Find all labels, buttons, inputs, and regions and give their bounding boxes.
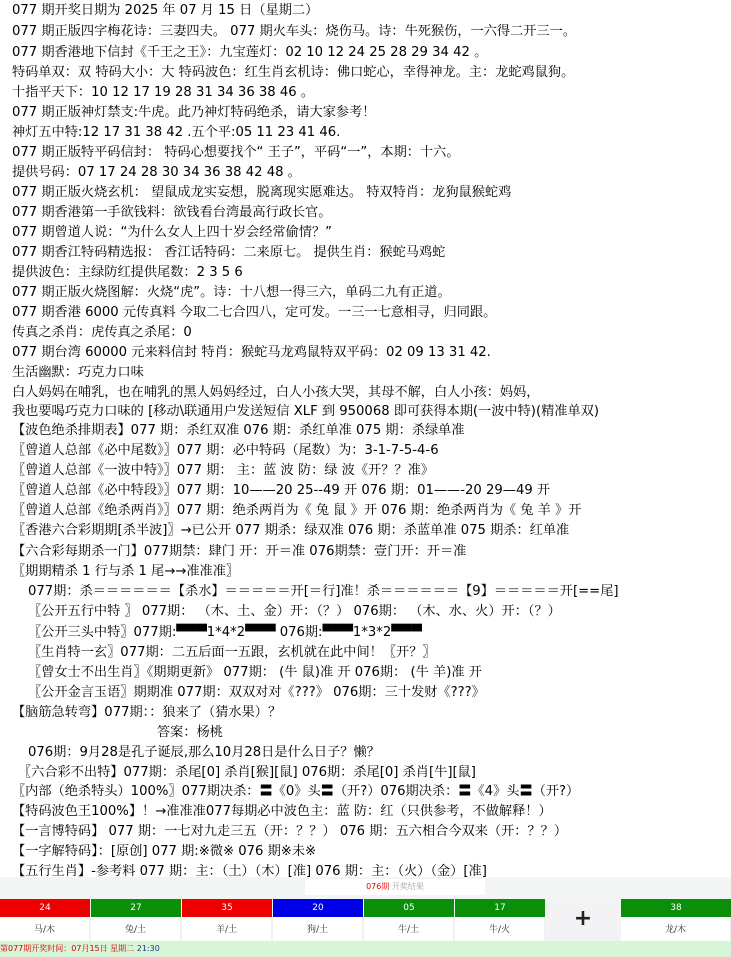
result-title-suffix: 开奖结果 <box>389 882 424 891</box>
text-line: 神灯五中特:12 17 31 38 42 .五个平:05 11 23 41 46… <box>12 122 340 143</box>
text-line: 〖曾道人总部《一波中特》〗077 期： 主：蓝 波 防：绿 波《开？？准》 <box>12 460 434 481</box>
text-line: 077 期曾道人说：“为什么女人上四十岁会经常偷情？” <box>12 222 332 243</box>
text-line: 077 期正版四字梅花诗：三妻四夫。 077 期火车头：烧伤马。诗：牛死猴伤，一… <box>12 21 576 42</box>
text-line: 077 期正版火烧玄机： 望鼠成龙实妄想，脱离现实愿难达。 特双特肖：龙狗鼠猴蛇… <box>12 182 511 203</box>
text-line: 077 期香港第一手欲钱料：欲钱看台湾最高行政长官。 <box>12 202 332 223</box>
ball-zodiac: 兔/土 <box>91 917 181 944</box>
ball-number: 35 <box>182 899 272 917</box>
text-line: 【一字解特码】：[原创] 077 期:※微※ 076 期※未※ <box>12 841 316 862</box>
text-line: 077 期台湾 60000 元来料信封 特肖：猴蛇马龙鸡鼠特双平码：02 09 … <box>12 342 491 363</box>
text-line: 077 期香港地下信封《千王之王》：九宝莲灯：02 10 12 24 25 28… <box>12 42 487 63</box>
text-line: 〖香港六合彩期期[杀半波]〗→已公开 077 期杀：绿双准 076 期：杀蓝单准… <box>12 520 569 541</box>
text-line: 〖内部（绝杀特头）100%〗077期决杀：〓《0》头〓（开?）076期决杀：〓《… <box>12 781 579 802</box>
ball-number: 24 <box>0 899 90 917</box>
result-ball: 17牛/火 <box>455 899 545 944</box>
ball-number: 38 <box>621 899 731 917</box>
text-line: 077 期开奖日期为 2025 年 07 月 15 日（星期二） <box>12 0 318 21</box>
ball-zodiac: 羊/土 <box>182 917 272 944</box>
text-line: 【特码波色王100%】！→准准准077每期必中波色主：蓝 防：红（只供参考，不做… <box>12 801 552 822</box>
text-line: 076期：9月28是孔子诞辰,那么10月28日是什么日子？懒？ <box>28 742 380 763</box>
text-line: 【六合彩每期杀一门】077期禁：肆门 开：开＝准 076期禁：壹门开：开＝准 <box>12 541 466 562</box>
text-line: 077 期香港 6000 元传真料 今取二七合四八，定可发。一三一七意相寻，归同… <box>12 302 496 323</box>
text-line: 【一言博特码】 077 期：一七对九走三五（开：？？） 076 期：五六相合今双… <box>12 821 567 842</box>
ball-zodiac: 牛/火 <box>455 917 545 944</box>
text-line: 〖期期精杀 1 行与杀 1 尾→→准准准〗 <box>12 561 239 582</box>
text-line: 077 期香江特码精选报： 香江话特码：二来原七。 提供生肖：猴蛇马鸡蛇 <box>12 242 445 263</box>
text-line: 077 期正版火烧图解：火烧“虎”。诗：十八想一得三六，单码二九有正道。 <box>12 282 451 303</box>
ball-number: 17 <box>455 899 545 917</box>
text-line: 〖曾道人总部《必中特段》〗077 期：10——20 25--49 开 076 期… <box>12 480 550 501</box>
text-line: 〖曾女士不出生肖〗《期期更新》 077期： (牛 鼠)准 开 076期： (牛 … <box>28 662 482 683</box>
text-line: 〖公开三头中特〗077期:▀▀▀1*4*2▀▀▀ 076期:▀▀▀1*3*2▀▀… <box>28 622 422 643</box>
ball-zodiac: 狗/土 <box>273 917 363 944</box>
result-period: 076期 <box>366 882 389 891</box>
result-ball: 35羊/土 <box>182 899 272 944</box>
text-line: 传真之杀肖：虎传真之杀尾：0 <box>12 322 192 343</box>
ball-number: 20 <box>273 899 363 917</box>
text-line: 〖公开金言玉语〗期期准 077期：双双对对《???》 076期：三十发财《???… <box>28 682 485 703</box>
ball-number: 05 <box>364 899 454 917</box>
plus-icon: + <box>546 899 620 944</box>
result-ball: 24马/木 <box>0 899 90 944</box>
text-line: 077 期正版神灯禁支:牛虎。此乃神灯特码绝杀，请大家参考！ <box>12 102 376 123</box>
text-line: 〖生肖特一玄〗077期：二五后面一五跟，玄机就在此中间！〖开？〗 <box>28 642 436 663</box>
text-line: 我也要喝巧克力口味的 [移动\联通用户发送短信 XLF 到 950068 即可获… <box>12 401 599 422</box>
draw-date: 07月15日 星期二 <box>71 944 134 953</box>
text-line: 生活幽默：巧克力口味 <box>12 362 144 383</box>
text-line: 〖六合彩不出特】077期：杀尾[0] 杀肖[猴][鼠] 076期：杀尾[0] 杀… <box>18 762 476 783</box>
text-line: 【脑筋急转弯】077期：：狼来了（猜水果）？ <box>12 702 281 723</box>
result-ball: 20狗/土 <box>273 899 363 944</box>
text-line: 答案：杨桃 <box>157 722 223 743</box>
draw-time: 21:30 <box>134 944 160 953</box>
result-panel-title: 076期 开奖结果 <box>305 879 485 895</box>
text-line: 提供号码：07 17 24 28 30 34 36 38 42 48 。 <box>12 162 301 183</box>
text-line: 【波色绝杀排期表】077 期：杀红双准 076 期：杀红单准 075 期：杀绿单… <box>12 420 465 441</box>
text-line: 077 期正版特平码信封： 特码心想要找个“ 王子”，平码“一”，本期：十六。 <box>12 142 460 163</box>
text-line: 〖曾道人总部《必中尾数》〗077 期：必中特码（尾数）为：3-1-7-5-4-6 <box>12 440 439 461</box>
draw-time-bar: 第077期开奖时间：07月15日 星期二 21:30 <box>0 941 731 957</box>
text-line: 077期：杀＝＝＝＝＝＝【杀水】＝＝＝＝＝开[＝行]准！杀＝＝＝＝＝＝【9】＝＝… <box>28 581 619 602</box>
text-line: 〖公开五行中特 〗 077期： （木、土、金）开：（？） 076期： （木、水、… <box>28 601 561 622</box>
text-line: 十指平天下：10 12 17 19 28 31 34 36 38 46 。 <box>12 82 314 103</box>
ball-zodiac: 龙/木 <box>621 917 731 944</box>
ball-zodiac: 牛/土 <box>364 917 454 944</box>
draw-time-label: 第077期开奖时间： <box>0 944 71 953</box>
ball-number: 27 <box>91 899 181 917</box>
result-ball: 27兔/土 <box>91 899 181 944</box>
result-balls: 24马/木27兔/土35羊/土20狗/土05牛/土17牛/火38龙/木 <box>0 899 731 944</box>
result-ball: 05牛/土 <box>364 899 454 944</box>
text-line: 〖曾道人总部《绝杀两肖》〗077 期：绝杀两肖为《 兔 鼠 》开 076 期：绝… <box>12 500 581 521</box>
text-line: 白人妈妈在哺乳，也在哺乳的黑人妈妈经过，白人小孩大哭，其母不解，白人小孩：妈妈， <box>12 382 540 403</box>
ball-zodiac: 马/木 <box>0 917 90 944</box>
text-line: 特码单双：双 特码大小：大 特码波色：红生肖玄机诗：佛口蛇心，幸得神龙。主：龙蛇… <box>12 62 574 83</box>
text-line: 提供波色：主绿防红提供尾数：2 3 5 6 <box>12 262 243 283</box>
result-ball: 38龙/木 <box>621 899 731 944</box>
